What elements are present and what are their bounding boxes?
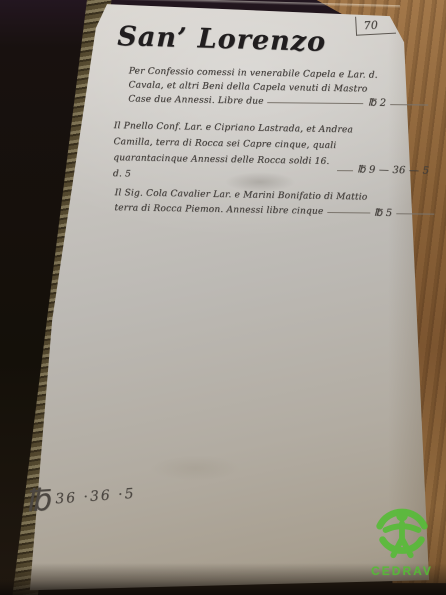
ruled-line: [268, 102, 364, 104]
cedrav-figure-logo: [371, 500, 433, 562]
lira-symbol: ℔: [24, 483, 51, 520]
entry-amount: ℔ 9 — 36 — 5: [357, 162, 429, 179]
ruled-line: [396, 213, 434, 214]
entry-amount: ℔ 5: [374, 206, 393, 221]
ledger-entry: Il Pnello Conf. Lar. e Cipriano Lastrada…: [113, 118, 430, 188]
page-title: San’ Lorenzo: [117, 21, 327, 58]
ledger-entry: Per Confessio comessi in venerabile Cape…: [128, 64, 429, 111]
cedrav-label: CEDRAV: [366, 564, 438, 578]
manuscript-photo: 70 San’ Lorenzo Per Confessio comessi in…: [0, 0, 446, 595]
ruled-line: [337, 170, 353, 171]
ruled-line: [390, 104, 428, 105]
entry-line: terra di Rocca Piemon. Annessi libre cin…: [114, 201, 323, 220]
entry-line: Case due Annessi. Libre due: [128, 92, 264, 108]
entry-line: quarantacinque Annessi delle Rocca soldi…: [113, 150, 334, 186]
ledger-entry: Il Sig. Cola Cavalier Lar. e Marini Boni…: [114, 186, 434, 222]
total-digits: 36 ·36 ·5: [55, 486, 136, 508]
cedrav-watermark: CEDRAV: [366, 500, 438, 578]
entry-amount-row: quarantacinque Annessi delle Rocca soldi…: [113, 150, 430, 188]
folio-number: 70: [355, 15, 396, 36]
entry-amount: ℔ 2: [368, 97, 387, 111]
total-notation: ℔ 36 ·36 ·5: [24, 480, 136, 518]
ruled-line: [327, 212, 370, 213]
